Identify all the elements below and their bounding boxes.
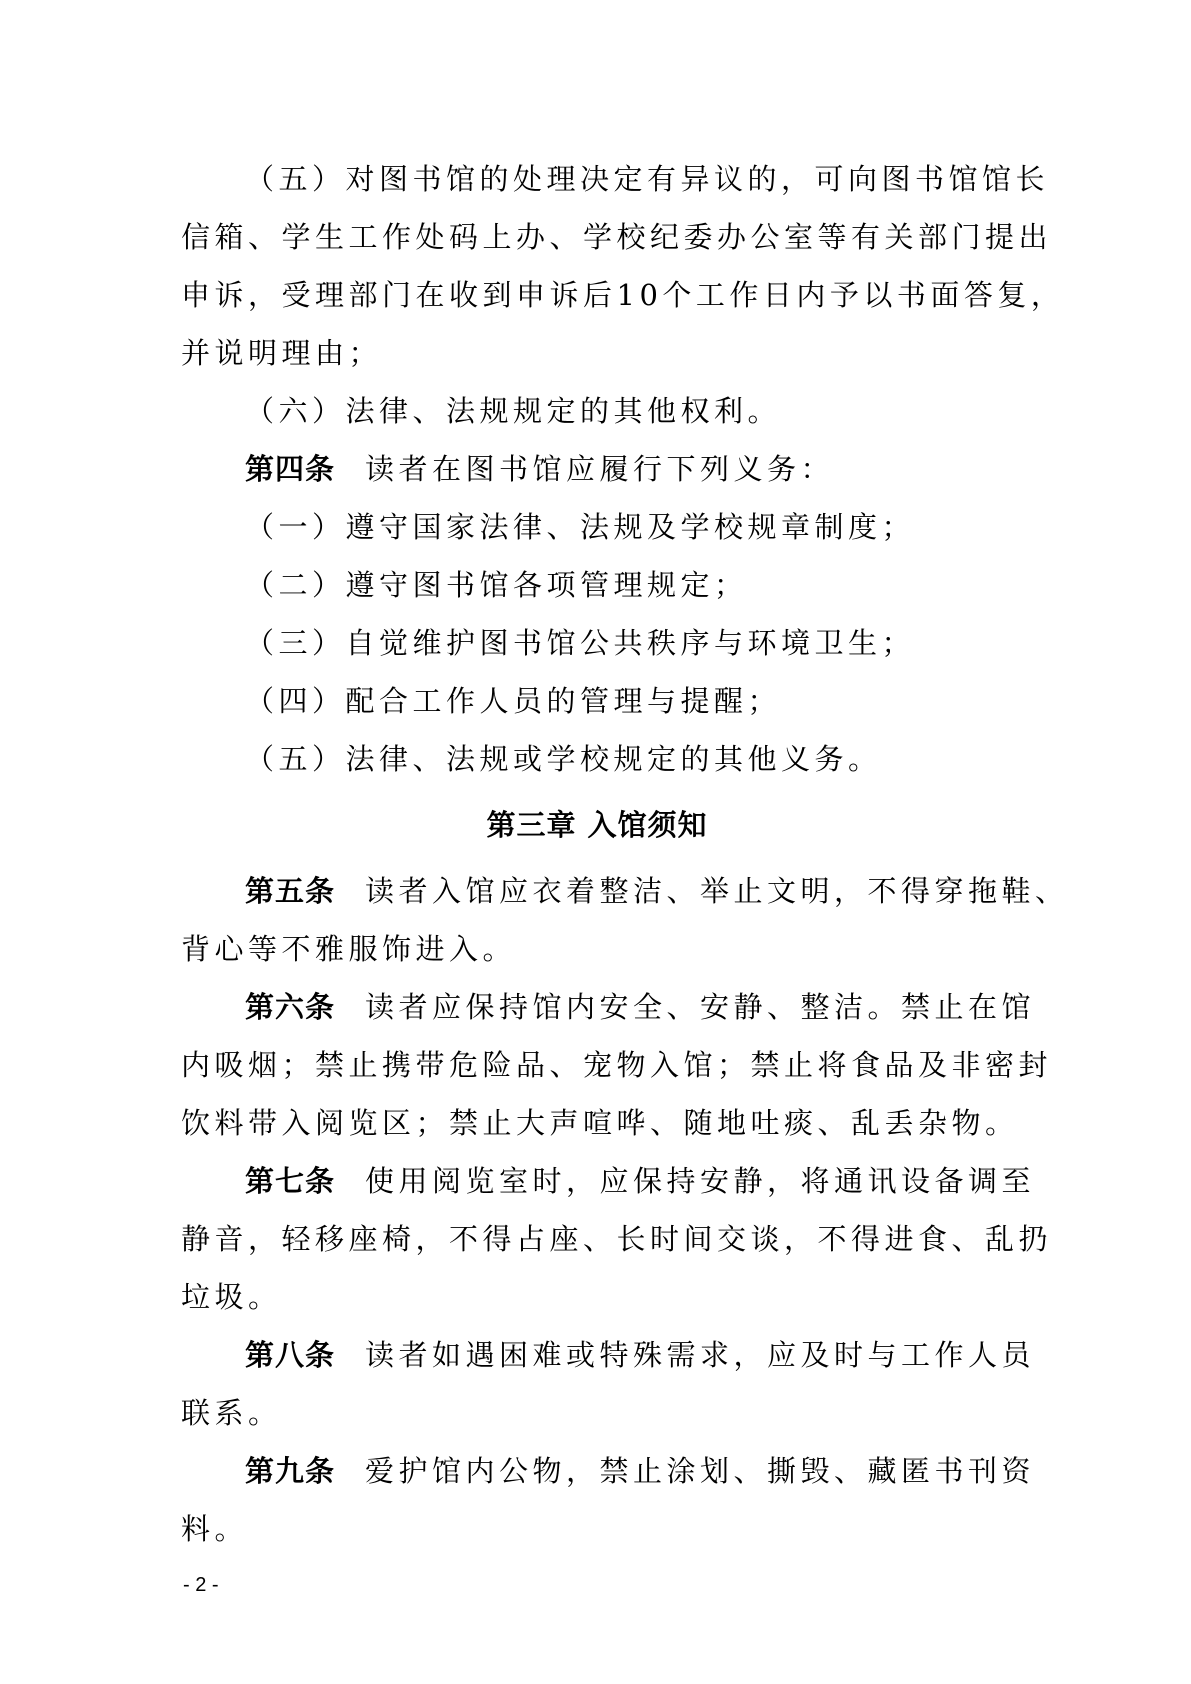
paragraph-line: 垃圾。 — [181, 1268, 1013, 1326]
article-label: 第八条 — [245, 1338, 335, 1372]
article-label: 第五条 — [245, 874, 335, 908]
article-text: 读者入馆应衣着整洁、举止文明，不得穿拖鞋、 — [365, 874, 1069, 908]
paragraph-line: 静音，轻移座椅，不得占座、长时间交谈，不得进食、乱扔 — [181, 1210, 1013, 1268]
paragraph-line: 背心等不雅服饰进入。 — [181, 920, 1013, 978]
article-8: 第八条读者如遇困难或特殊需求，应及时与工作人员 — [181, 1326, 1013, 1384]
article-label: 第七条 — [245, 1164, 335, 1198]
article-5: 第五条读者入馆应衣着整洁、举止文明，不得穿拖鞋、 — [181, 862, 1013, 920]
article-label: 第九条 — [245, 1454, 335, 1488]
list-item: （五）法律、法规或学校规定的其他义务。 — [181, 730, 1013, 788]
list-item: （一）遵守国家法律、法规及学校规章制度； — [181, 498, 1013, 556]
document-page: （五）对图书馆的处理决定有异议的，可向图书馆馆长 信箱、学生工作处码上办、学校纪… — [0, 0, 1191, 1684]
list-item: （四）配合工作人员的管理与提醒； — [181, 672, 1013, 730]
paragraph-line: 料。 — [181, 1500, 1013, 1558]
article-text: 读者应保持馆内安全、安静、整洁。禁止在馆 — [365, 990, 1035, 1024]
list-item: （二）遵守图书馆各项管理规定； — [181, 556, 1013, 614]
article-text: 读者在图书馆应履行下列义务： — [365, 452, 834, 486]
article-7: 第七条使用阅览室时，应保持安静，将通讯设备调至 — [181, 1152, 1013, 1210]
article-text: 爱护馆内公物，禁止涂划、撕毁、藏匿书刊资 — [365, 1454, 1035, 1488]
document-body: （五）对图书馆的处理决定有异议的，可向图书馆馆长 信箱、学生工作处码上办、学校纪… — [181, 150, 1013, 1558]
list-item: （三）自觉维护图书馆公共秩序与环境卫生； — [181, 614, 1013, 672]
paragraph-line: 并说明理由； — [181, 324, 1013, 382]
article-label: 第六条 — [245, 990, 335, 1024]
paragraph-line: 信箱、学生工作处码上办、学校纪委办公室等有关部门提出 — [181, 208, 1013, 266]
paragraph-line: 申诉，受理部门在收到申诉后10个工作日内予以书面答复， — [181, 266, 1013, 324]
paragraph-line: 饮料带入阅览区；禁止大声喧哗、随地吐痰、乱丢杂物。 — [181, 1094, 1013, 1152]
chapter-title: 第三章 入馆须知 — [181, 794, 1013, 856]
paragraph-line: （六）法律、法规规定的其他权利。 — [181, 382, 1013, 440]
article-6: 第六条读者应保持馆内安全、安静、整洁。禁止在馆 — [181, 978, 1013, 1036]
paragraph-line: （五）对图书馆的处理决定有异议的，可向图书馆馆长 — [181, 150, 1013, 208]
article-4: 第四条读者在图书馆应履行下列义务： — [181, 440, 1013, 498]
article-text: 读者如遇困难或特殊需求，应及时与工作人员 — [365, 1338, 1035, 1372]
paragraph-line: 内吸烟；禁止携带危险品、宠物入馆；禁止将食品及非密封 — [181, 1036, 1013, 1094]
paragraph-line: 联系。 — [181, 1384, 1013, 1442]
article-9: 第九条爱护馆内公物，禁止涂划、撕毁、藏匿书刊资 — [181, 1442, 1013, 1500]
article-text: 使用阅览室时，应保持安静，将通讯设备调至 — [365, 1164, 1035, 1198]
article-label: 第四条 — [245, 452, 335, 486]
page-number: - 2 - — [183, 1574, 219, 1597]
